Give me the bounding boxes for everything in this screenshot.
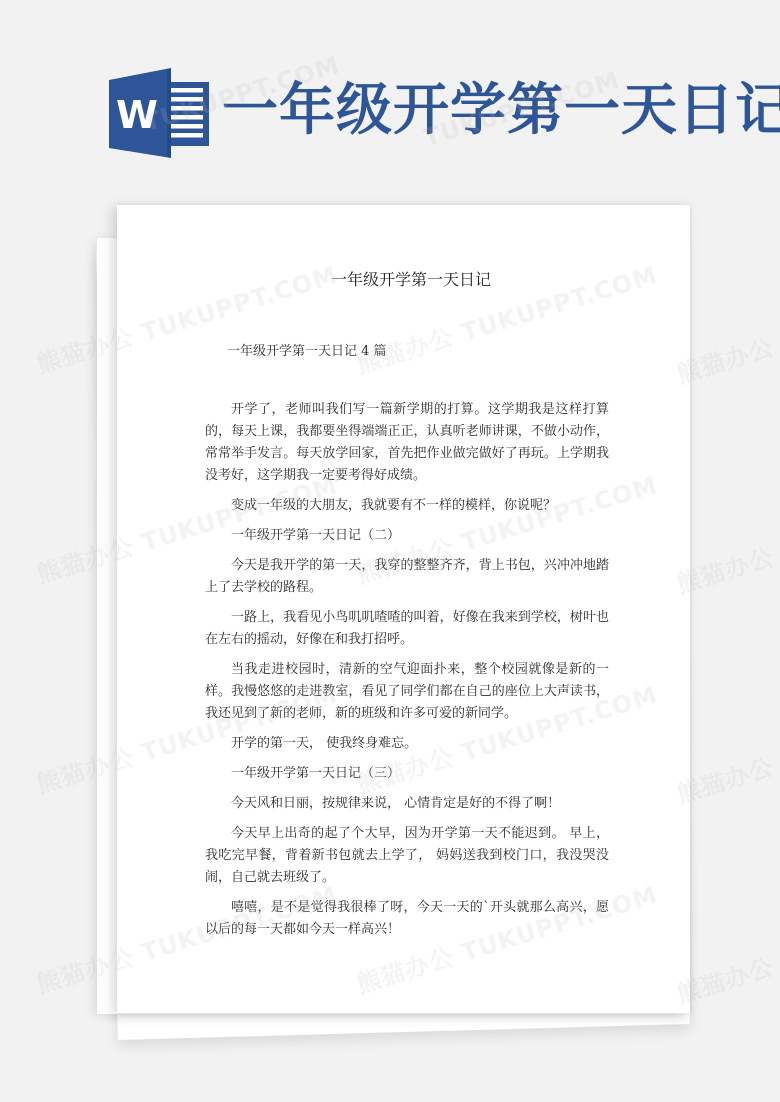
document-subtitle: 一年级开学第一天日记 4 篇 [227,341,609,363]
paragraph: 今天早上出奇的起了个大早，因为开学第一天不能迟到。 早上，我吃完早餐，背着新书包… [205,823,609,889]
word-icon: W [107,68,209,158]
page-header: W 一年级开学第一天日记 [0,0,780,190]
paragraph: 嘻嘻，是不是觉得我很棒了呀，今天一天的`开头就那么高兴，愿以后的每一天都如今天一… [205,897,609,941]
document-body: 一年级开学第一天日记 一年级开学第一天日记 4 篇 开学了，老师叫我们写一篇新学… [205,268,609,949]
section-heading: 一年级开学第一天日记（二） [205,525,609,547]
paragraph: 变成一年级的大朋友，我就要有不一样的模样，你说呢？ [205,495,609,517]
paragraph: 今天是我开学的第一天，我穿的整整齐齐，背上书包，兴冲冲地踏上了去学校的路程。 [205,555,609,599]
section-heading: 一年级开学第一天日记（三） [205,763,609,785]
paragraph: 当我走进校园时，清新的空气迎面扑来，整个校园就像是新的一样。我慢悠悠的走进教室，… [205,659,609,725]
document-title: 一年级开学第一天日记 [213,268,609,292]
paragraph: 一路上，我看见小鸟叽叽喳喳的叫着，好像在我来到学校，树叶也在左右的摇动，好像在和… [205,607,609,651]
paragraph: 开学的第一天， 使我终身难忘。 [205,733,609,755]
svg-text:W: W [116,93,158,137]
paragraph: 今天风和日丽，按规律来说， 心情肯定是好的不得了啊！ [205,793,609,815]
paragraph: 开学了，老师叫我们写一篇新学期的打算。这学期我是这样打算的，每天上课，我都要坐得… [205,399,609,487]
banner-title: 一年级开学第一天日记 [222,70,780,150]
